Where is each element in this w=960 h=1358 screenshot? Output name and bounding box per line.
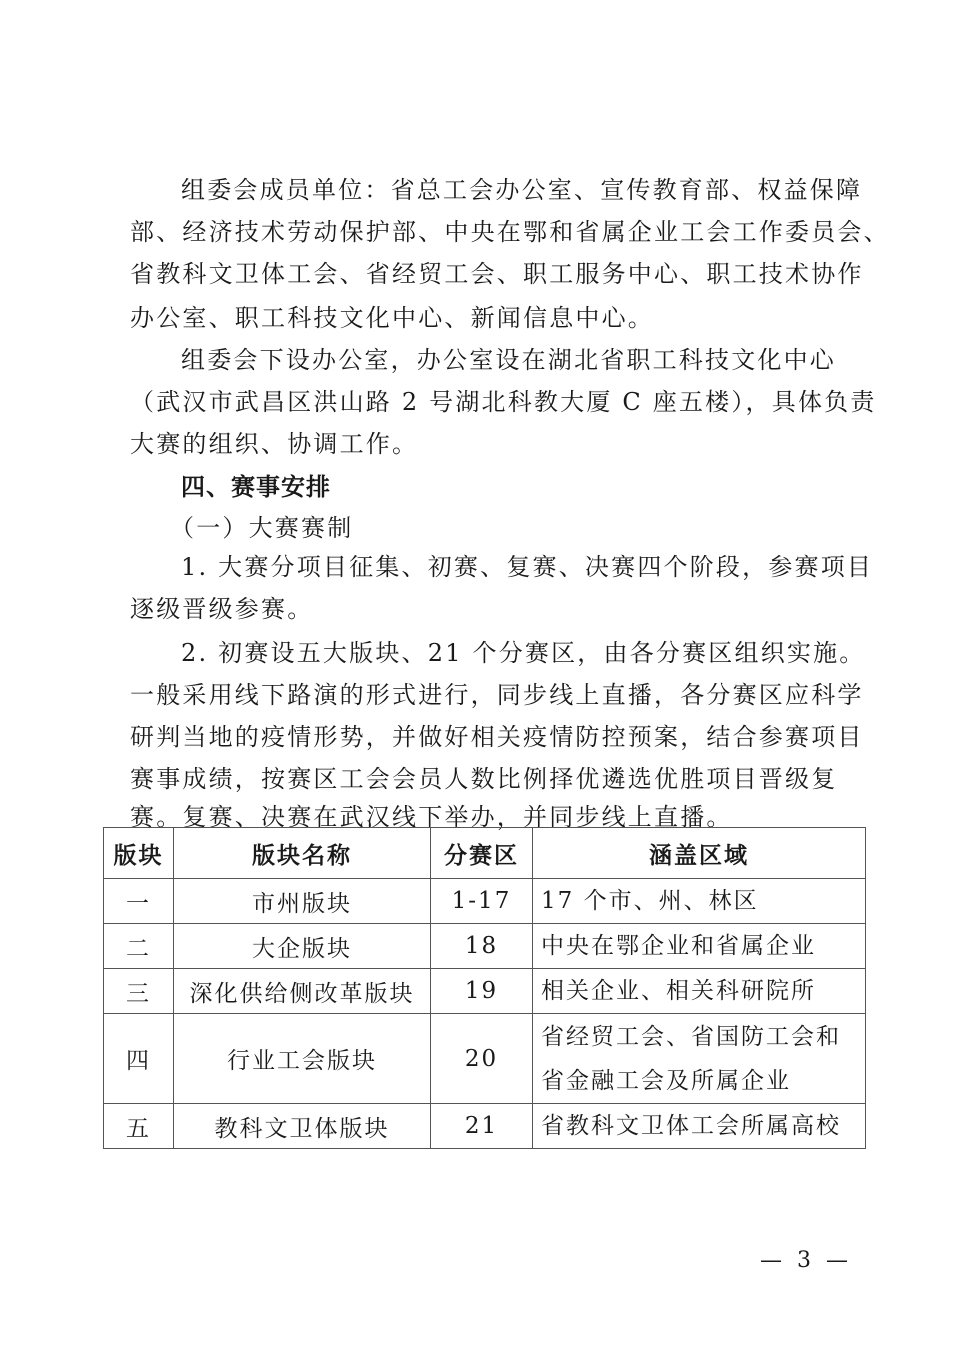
item2-line-2: 一般采用线下路演的形式进行，同步线上直播，各分赛区应科学 <box>130 675 830 715</box>
cell-zone: 19 <box>431 969 533 1014</box>
table-row: 一 市州版块 1-17 17 个市、州、林区 <box>104 879 866 924</box>
table-row: 三 深化供给侧改革版块 19 相关企业、相关科研院所 <box>104 969 866 1014</box>
item1-line-2: 逐级晋级参赛。 <box>130 589 313 629</box>
office-line-2: （武汉市武昌区洪山路 2 号湖北科教大厦 C 座五楼），具体负责 <box>130 382 830 422</box>
page-number: — 3 — <box>760 1248 852 1273</box>
members-line-4: 办公室、职工科技文化中心、新闻信息中心。 <box>130 298 654 338</box>
cell-block: 一 <box>104 879 174 924</box>
section-heading: 四、赛事安排 <box>181 467 331 507</box>
cell-zone: 21 <box>431 1104 533 1149</box>
cell-name: 教科文卫体版块 <box>174 1104 431 1149</box>
blocks-table: 版块 版块名称 分赛区 涵盖区域 一 市州版块 1-17 17 个市、州、林区 … <box>103 827 866 1149</box>
table-row: 二 大企版块 18 中央在鄂企业和省属企业 <box>104 924 866 969</box>
cell-area: 17 个市、州、林区 <box>533 879 866 924</box>
cell-area: 中央在鄂企业和省属企业 <box>533 924 866 969</box>
item1-line-1: 1. 大赛分项目征集、初赛、复赛、决赛四个阶段，参赛项目 <box>181 547 831 587</box>
table-row: 四 行业工会版块 20 省经贸工会、省国防工会和 省金融工会及所属企业 <box>104 1014 866 1104</box>
item2-line-4: 赛事成绩，按赛区工会会员人数比例择优遴选优胜项目晋级复 <box>130 759 830 799</box>
header-area: 涵盖区域 <box>533 828 866 879</box>
table-header-row: 版块 版块名称 分赛区 涵盖区域 <box>104 828 866 879</box>
cell-name: 行业工会版块 <box>174 1014 431 1104</box>
cell-area-line-1: 省经贸工会、省国防工会和 <box>541 1015 865 1059</box>
office-line-1: 组委会下设办公室，办公室设在湖北省职工科技文化中心 <box>181 340 836 380</box>
cell-name: 市州版块 <box>174 879 431 924</box>
cell-name: 深化供给侧改革版块 <box>174 969 431 1014</box>
item2-line-1: 2. 初赛设五大版块、21 个分赛区，由各分赛区组织实施。 <box>181 633 831 673</box>
members-line-1: 组委会成员单位：省总工会办公室、宣传教育部、权益保障 <box>181 170 831 210</box>
cell-area: 省教科文卫体工会所属高校 <box>533 1104 866 1149</box>
cell-zone: 18 <box>431 924 533 969</box>
cell-block: 三 <box>104 969 174 1014</box>
header-zone: 分赛区 <box>431 828 533 879</box>
subsection-heading: （一）大赛赛制 <box>170 508 353 548</box>
members-line-3: 省教科文卫体工会、省经贸工会、职工服务中心、职工技术协作 <box>130 254 830 294</box>
members-line-2: 部、经济技术劳动保护部、中央在鄂和省属企业工会工作委员会、 <box>130 212 830 252</box>
office-line-3: 大赛的组织、协调工作。 <box>130 424 418 464</box>
cell-block: 五 <box>104 1104 174 1149</box>
document-page: 组委会成员单位：省总工会办公室、宣传教育部、权益保障 部、经济技术劳动保护部、中… <box>0 0 960 1358</box>
header-block: 版块 <box>104 828 174 879</box>
table-row: 五 教科文卫体版块 21 省教科文卫体工会所属高校 <box>104 1104 866 1149</box>
cell-name: 大企版块 <box>174 924 431 969</box>
cell-block: 四 <box>104 1014 174 1104</box>
header-block-name: 版块名称 <box>174 828 431 879</box>
cell-area-line-2: 省金融工会及所属企业 <box>541 1059 865 1103</box>
cell-zone: 20 <box>431 1014 533 1104</box>
cell-block: 二 <box>104 924 174 969</box>
cell-area: 省经贸工会、省国防工会和 省金融工会及所属企业 <box>533 1014 866 1104</box>
cell-zone: 1-17 <box>431 879 533 924</box>
cell-area: 相关企业、相关科研院所 <box>533 969 866 1014</box>
item2-line-3: 研判当地的疫情形势，并做好相关疫情防控预案，结合参赛项目 <box>130 717 830 757</box>
